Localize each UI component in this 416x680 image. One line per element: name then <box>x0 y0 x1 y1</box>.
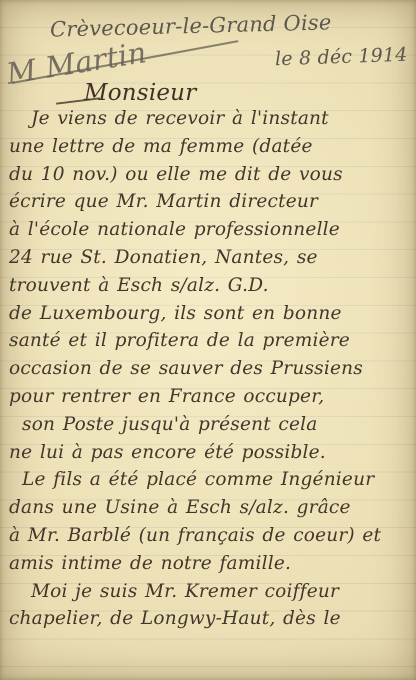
letter-place-line: Crèvecoeur-le-Grand Oise <box>50 10 332 41</box>
letter-body: Je viens de recevoir à l'instant une let… <box>9 105 416 633</box>
letter-line: chapelier, de Longwy-Haut, dès le <box>9 605 416 633</box>
letter-date-line: le 8 déc 1914 <box>275 44 408 71</box>
letter-line: 24 rue St. Donatien, Nantes, se <box>9 244 416 272</box>
letter-line: santé et il profitera de la première <box>9 327 416 355</box>
letter-line: une lettre de ma femme (datée <box>9 133 416 161</box>
letter-line: à l'école nationale professionnelle <box>9 216 416 244</box>
letter-line: son Poste jusqu'à présent cela <box>9 411 416 439</box>
letter-line: dans une Usine à Esch s/alz. grâce <box>9 494 416 522</box>
letter-line: Je viens de recevoir à l'instant <box>9 105 416 133</box>
letter-line: Le fils a été placé comme Ingénieur <box>9 466 416 494</box>
letter-line: à Mr. Barblé (un français de coeur) et <box>9 522 416 550</box>
letter-line: pour rentrer en France occuper, <box>9 383 416 411</box>
letter-line: amis intime de notre famille. <box>9 550 416 578</box>
letter-line: Moi je suis Mr. Kremer coiffeur <box>9 578 416 606</box>
letter-salutation: Monsieur <box>84 80 196 106</box>
letter-line: de Luxembourg, ils sont en bonne <box>9 300 416 328</box>
letter-line: trouvent à Esch s/alz. G.D. <box>9 272 416 300</box>
letter-line: occasion de se sauver des Prussiens <box>9 355 416 383</box>
letter-line: ne lui à pas encore été possible. <box>9 439 416 467</box>
letter-line: du 10 nov.) ou elle me dit de vous <box>9 161 416 189</box>
letter-page: Crèvecoeur-le-Grand Oise M Martin le 8 d… <box>0 0 416 680</box>
letter-line: écrire que Mr. Martin directeur <box>9 188 416 216</box>
